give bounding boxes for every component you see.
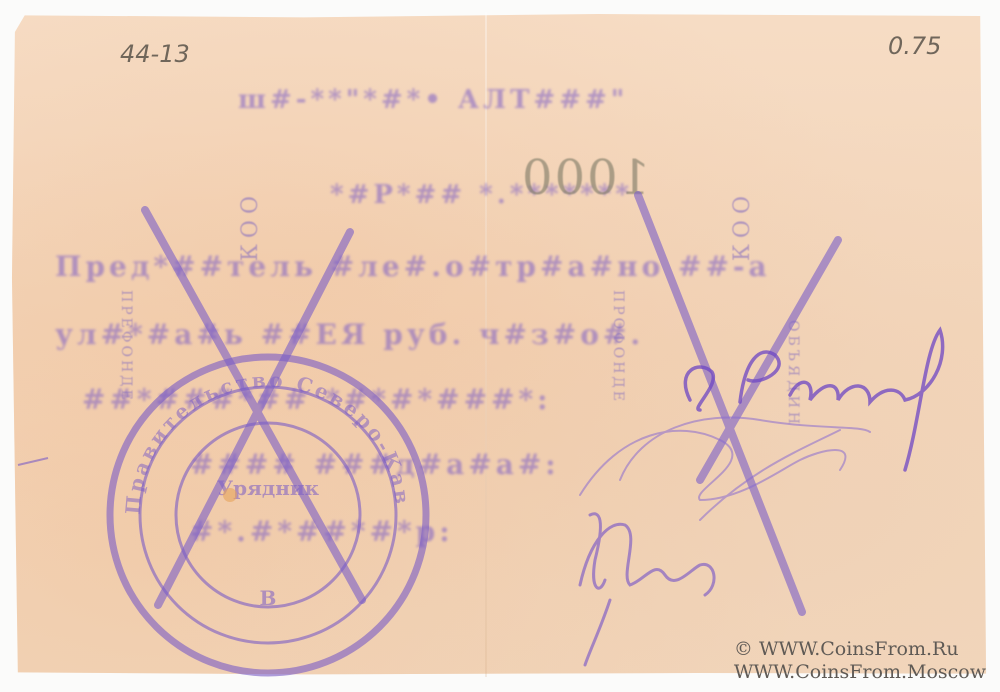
watermark: © WWW.CoinsFrom.Ru WWW.CoinsFrom.Moscow	[734, 638, 986, 684]
seal-bottom-glyph: В	[260, 586, 277, 610]
seal-outer-text: Правительство Северо-Кавказ...	[0, 0, 415, 515]
edge-mark-icon	[18, 458, 48, 465]
ink-overlay: Урядник В Правительство Северо-Кавказ...	[0, 0, 1000, 692]
stain-spot	[223, 488, 237, 502]
round-seal-icon	[110, 357, 426, 673]
watermark-line-2: WWW.CoinsFrom.Moscow	[734, 661, 986, 684]
watermark-line-1: © WWW.CoinsFrom.Ru	[734, 638, 986, 661]
signature-1-icon	[685, 330, 942, 470]
signature-3-icon	[580, 514, 714, 665]
cancellation-x-right-icon	[638, 195, 838, 612]
